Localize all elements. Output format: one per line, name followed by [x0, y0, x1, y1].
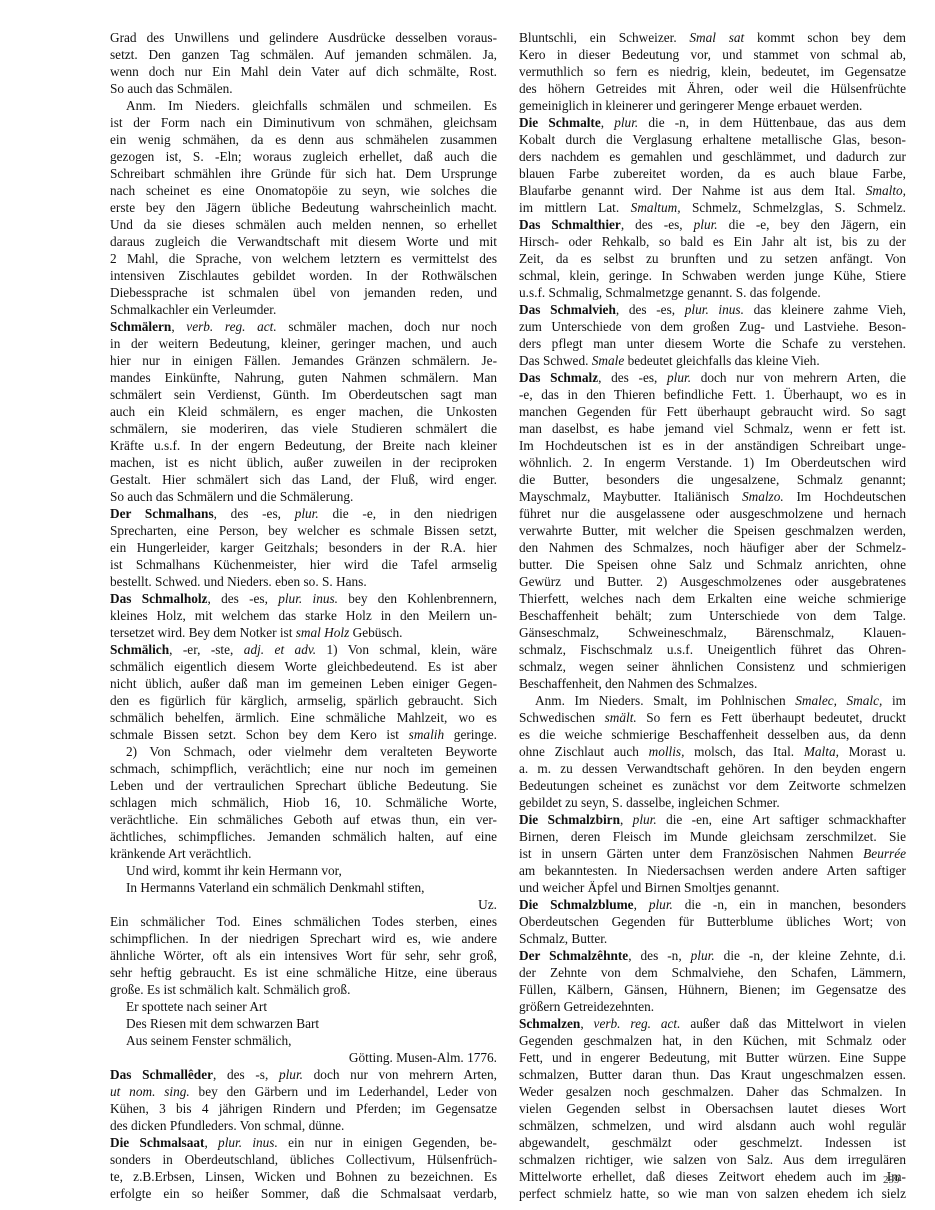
text-span: führet nur die ausgelassene oder ausgesc… — [519, 506, 906, 521]
text-line: Mittelworte erhellet, daß dieses Zeitwor… — [519, 1168, 906, 1185]
text-span: Bedeutungen scheinet es zunächst vor dem… — [519, 778, 906, 793]
entry-headword-line: Das Schmalz, des -es, plur. doch nur von… — [519, 369, 906, 386]
text-line: Schreibart schmählen ihre Gründe für sic… — [110, 165, 497, 182]
italic-term: Beurrée — [863, 846, 906, 861]
text-span: schmälich behelfen, ärmlich. Eine schmäl… — [110, 710, 497, 725]
text-line: te, z.B.Erbsen, Linsen, Wicken und Bohne… — [110, 1168, 497, 1185]
text-line: den Nahmen des Schmalzes, noch häufiger … — [519, 539, 906, 556]
text-span: im — [882, 693, 906, 708]
entry-headword-line: Die Schmalsaat, plur. inus. ein nur in e… — [110, 1134, 497, 1151]
text-line: Hirsch- oder Rehkalb, so bald es Ein Jah… — [519, 233, 906, 250]
text-line: kleines Holz, mit welchem das starke Hol… — [110, 607, 497, 624]
text-span: Gegenden geschmalzen hat, in den Küchen,… — [519, 1033, 906, 1048]
text-span: wenn doch nur Ein Mahl dein Vater auf di… — [110, 64, 497, 79]
text-span: So fern es Fett überhaupt bedeutet, druc… — [637, 710, 906, 725]
text-span: Blaufarbe genannt wird. Der Nahme ist au… — [519, 183, 866, 198]
text-line: Er spottete nach seiner Art — [110, 998, 497, 1015]
text-span: Und da sie dieses schmälen auch melden n… — [110, 217, 497, 232]
entry-headword: Die Schmalsaat — [110, 1135, 204, 1150]
text-line: wöhnlich. 2. In engerm Verstande. 1) Im … — [519, 454, 906, 471]
text-span: , — [634, 897, 649, 912]
text-span: der Zehnte von dem Schmalviehe, den Scha… — [519, 965, 906, 980]
text-span: Beschaffenheit, den Nahmen des Schmalzes… — [519, 676, 757, 691]
entry-headword: Schmälich — [110, 642, 169, 657]
entry-headword: Das Schmallêder — [110, 1067, 213, 1082]
text-line: ders nachdem es gemahlen und geschlämmet… — [519, 148, 906, 165]
text-span: schmälert sein Verdienst, Günth. Im Ober… — [110, 387, 497, 402]
text-span: So auch das Schmälern und die Schmälerun… — [110, 489, 353, 504]
entry-headword: Das Schmalz — [519, 370, 598, 385]
text-line: Anm. Im Nieders. gleichfalls schmälen un… — [110, 97, 497, 114]
text-span: die -e, in den niedrigen — [319, 506, 497, 521]
italic-term: Smalec, Smalc, — [795, 693, 882, 708]
italic-term: plur. inus. — [278, 591, 338, 606]
text-line: Gewürz und Butter. 2) Ausgeschmolzenes o… — [519, 573, 906, 590]
text-line: schmach, schimpflich, verächtlich; eine … — [110, 760, 497, 777]
text-span: daraus zugleich die Verwandtschaft mit d… — [110, 234, 497, 249]
text-span: kommt schon bey dem — [744, 30, 906, 45]
italic-term: verb. reg. act. — [186, 319, 276, 334]
entry-headword: Das Schmalvieh — [519, 302, 616, 317]
text-line: verächtliche. Ein schmäliches Geboth auf… — [110, 811, 497, 828]
text-line: schimpflichen. In der niedrigen Sprechar… — [110, 930, 497, 947]
entry-headword: Das Schmalholz — [110, 591, 207, 606]
text-line: Kobalt durch die Verglasung erhaltene me… — [519, 131, 906, 148]
text-span: erste bey den Jägern übliche Bedeutung w… — [110, 200, 497, 215]
text-line: Schwedischen smält. So fern es Fett über… — [519, 709, 906, 726]
text-span: In Hermanns Vaterland ein schmälich Denk… — [126, 880, 424, 895]
italic-term: smalih — [409, 727, 444, 742]
text-line: manchen Gegenden für Fett überhaupt gebr… — [519, 403, 906, 420]
text-line: Das Schwed. Smale bedeutet gleichfalls d… — [519, 352, 906, 369]
text-line: den es figürlich für kärglich, armselig,… — [110, 692, 497, 709]
right-column: Bluntschli, ein Schweizer. Smal sat komm… — [519, 29, 906, 1202]
text-span: , — [204, 1135, 218, 1150]
text-line: tersetzet wird. Bey dem Notker ist smal … — [110, 624, 497, 641]
text-span: , des -es, — [616, 302, 685, 317]
text-span: 1) Von schmal, klein, wäre — [316, 642, 497, 657]
text-line: daraus zugleich die Verwandtschaft mit d… — [110, 233, 497, 250]
text-line: Kero in dieser Bedeutung vor, und stamme… — [519, 46, 906, 63]
text-line: bestellt. Schwed. und Nieders. eben so. … — [110, 573, 497, 590]
text-span: Sprecharten, eine Person, bey welcher es… — [110, 523, 497, 538]
text-line: Beschaffenheit, den Nahmen des Schmalzes… — [519, 675, 906, 692]
text-line: In Hermanns Vaterland ein schmälich Denk… — [110, 879, 497, 896]
italic-term: mollis, — [649, 744, 685, 759]
text-line: Schmalz, Butter. — [519, 930, 906, 947]
text-span: bestellt. Schwed. und Nieders. eben so. … — [110, 574, 367, 589]
text-span: und weicher Äpfel und Birnen Smoltjes ge… — [519, 880, 779, 895]
text-span: Morast u. — [839, 744, 906, 759]
text-line: Sprecharten, eine Person, bey welcher es… — [110, 522, 497, 539]
text-span: , des -s, — [213, 1067, 279, 1082]
text-span: , des -es, — [214, 506, 295, 521]
text-span: doch nur von mehrern Arten, — [303, 1067, 497, 1082]
text-line: ein wenig schmähen, da es denn aus schmä… — [110, 131, 497, 148]
text-line: Grad des Unwillens und gelindere Ausdrüc… — [110, 29, 497, 46]
text-span: ders pflegt man unter diesem Worte die S… — [519, 336, 906, 351]
text-line: zum Unterschiede von dem großen Zug- und… — [519, 318, 906, 335]
text-span: mandes Einkünfte, Nahrung, guten Nahmen … — [110, 370, 497, 385]
text-span: Schmalz, Butter. — [519, 931, 607, 946]
text-span: Schmelz, Schmelzglas, S. Schmelz. — [681, 200, 906, 215]
text-line: schmal, klein, geringe. In Schwaben werd… — [519, 267, 906, 284]
text-span: u.s.f. Schmalig, Schmalmetzge genannt. S… — [519, 285, 821, 300]
italic-term: Smalto, — [866, 183, 906, 198]
text-line: Kräfte u.s.f. In der engern Bedeutung, d… — [110, 437, 497, 454]
text-span: tersetzet wird. Bey dem Notker ist — [110, 625, 296, 640]
text-span: Kero in dieser Bedeutung vor, und stamme… — [519, 47, 906, 62]
text-line: ders pflegt man unter diesem Worte die S… — [519, 335, 906, 352]
italic-term: plur. inus. — [218, 1135, 278, 1150]
text-line: Birnen, deren Fleisch im Munde gleichsam… — [519, 828, 906, 845]
text-span: Kühen, 3 bis 4 jährigen Rindern und Pfer… — [110, 1101, 497, 1116]
text-line: a. m. zu dessen Verwandtschaft gehören. … — [519, 760, 906, 777]
text-line: der Zehnte von dem Schmalviehe, den Scha… — [519, 964, 906, 981]
text-span: Gestalt. Hier schmälert sich das Land, d… — [110, 472, 497, 487]
text-span: größern Getreidezehnten. — [519, 999, 654, 1014]
text-span: Grad des Unwillens und gelindere Ausdrüc… — [110, 30, 497, 45]
text-span: bey den Kohlenbrennern, — [338, 591, 497, 606]
entry-headword: Die Schmalzbirn — [519, 812, 620, 827]
text-line: schmälern, sie moderiren, das viele Stud… — [110, 420, 497, 437]
text-span: die -n, der kleine Zehnte, d.i. — [715, 948, 906, 963]
text-span: ächtliches, schimpfliches. Jemanden schm… — [110, 829, 497, 844]
text-span: Anm. Im Nieders. gleichfalls schmälen un… — [126, 98, 497, 113]
text-line: Und da sie dieses schmälen auch melden n… — [110, 216, 497, 233]
text-span: Diebessprache ist schmalen übel von jema… — [110, 285, 497, 300]
text-line: Diebessprache ist schmalen übel von jema… — [110, 284, 497, 301]
text-span: nicht üblich, außer daß man im gemeinen … — [110, 676, 497, 691]
text-line: ut nom. sing. bey den Gärbern und im Led… — [110, 1083, 497, 1100]
text-line: schmale Bissen setzt. Schon bey dem Kero… — [110, 726, 497, 743]
text-span: gezogen ist, S. -Eln; woraus zugleich er… — [110, 149, 497, 164]
text-span: -e, das in den Thieren befindliche Fett.… — [519, 387, 906, 402]
text-line: Anm. Im Nieders. Smalt, im Pohlnischen S… — [519, 692, 906, 709]
text-span: Schmalkachler ein Verleumder. — [110, 302, 276, 317]
text-line: abgewandelt, geschmälzt oder geschmelzt.… — [519, 1134, 906, 1151]
text-line: ist in unsern Gärten unter dem Französis… — [519, 845, 906, 862]
text-span: a. m. zu dessen Verwandtschaft gehören. … — [519, 761, 906, 776]
italic-term: plur. — [691, 948, 715, 963]
text-span: sehr heftig gebraucht. Es ist eine schmä… — [110, 965, 497, 980]
text-span: es die weiche schmierige Beschaffenheit … — [519, 727, 906, 742]
text-line: es die weiche schmierige Beschaffenheit … — [519, 726, 906, 743]
text-line: gemeiniglich in kleinerer und geringerer… — [519, 97, 906, 114]
text-line: ein Hungerleider, karger Geitzhals; beso… — [110, 539, 497, 556]
text-span: 2 Mahl, die Sprache, von welchem letzter… — [110, 251, 497, 266]
entry-headword-line: Schmälich, -er, -ste, adj. et adv. 1) Vo… — [110, 641, 497, 658]
text-line: kränkende Art verächtlich. — [110, 845, 497, 862]
entry-headword-line: Der Schmalhans, des -es, plur. die -e, i… — [110, 505, 497, 522]
text-line: im mittlern Lat. Smaltum, Schmelz, Schme… — [519, 199, 906, 216]
text-line: schmalz, wegen seiner ähnlichen Consiste… — [519, 658, 906, 675]
italic-term: plur. — [694, 217, 718, 232]
text-line: größern Getreidezehnten. — [519, 998, 906, 1015]
text-line: führet nur die ausgelassene oder ausgesc… — [519, 505, 906, 522]
entry-headword: Der Schmalhans — [110, 506, 214, 521]
text-line: schlagen mich schmälich, Hiob 16, 10. Sc… — [110, 794, 497, 811]
entry-headword: Die Schmalzblume — [519, 897, 634, 912]
text-span: die -n, in dem Hüttenbaue, das aus dem — [638, 115, 906, 130]
text-span: Thierfett, welches nach dem Erkalten ein… — [519, 591, 906, 606]
text-span: doch nur von mehrern Arten, die — [691, 370, 906, 385]
text-span: Aus seinem Fenster schmälich, — [126, 1033, 291, 1048]
text-line: hier nur in einigen Fällen. Jemandes Grä… — [110, 352, 497, 369]
text-span: Kräfte u.s.f. In der engern Bedeutung, d… — [110, 438, 497, 453]
text-span: Des Riesen mit dem schwarzen Bart — [126, 1016, 319, 1031]
text-span: im mittlern Lat. — [519, 200, 631, 215]
italic-term: Smaltum, — [631, 200, 681, 215]
text-span: des höhern Getreides mit Ähren, oder wei… — [519, 81, 906, 96]
entry-headword: Schmalzen — [519, 1016, 580, 1031]
text-span: man daselbst, es habe jemand viel Schmal… — [519, 421, 906, 436]
text-line: setzt. Den ganzen Tag schmälen. Auf jema… — [110, 46, 497, 63]
italic-term: Malta, — [804, 744, 839, 759]
text-span: kränkende Art verächtlich. — [110, 846, 251, 861]
text-line: nach scheinet es eine Onomatopöie zu sey… — [110, 182, 497, 199]
italic-term: adj. et adv. — [244, 642, 316, 657]
text-span: , des -es, — [598, 370, 667, 385]
text-span: Schwedischen — [519, 710, 605, 725]
text-span: ähnliche Wörter, oft als ein intensives … — [110, 948, 497, 963]
entry-headword-line: Das Schmalholz, des -es, plur. inus. bey… — [110, 590, 497, 607]
text-line: Bluntschli, ein Schweizer. Smal sat komm… — [519, 29, 906, 46]
text-span: schmälzen, schmelzen, und wird alsdann a… — [519, 1118, 906, 1133]
text-span: nach scheinet es eine Onomatopöie zu sey… — [110, 183, 497, 198]
italic-term: plur. — [633, 812, 657, 827]
text-span: die Butter, besonders die ungesalzene, S… — [519, 472, 906, 487]
entry-headword-line: Schmälern, verb. reg. act. schmäler mach… — [110, 318, 497, 335]
text-line: gezogen ist, S. -Eln; woraus zugleich er… — [110, 148, 497, 165]
text-line: nicht üblich, außer daß man im gemeinen … — [110, 675, 497, 692]
text-span: das kleinere zahme Vieh, — [744, 302, 906, 317]
left-column: Grad des Unwillens und gelindere Ausdrüc… — [110, 29, 497, 1202]
text-line: schmalzen, Butter daran thun. Das Kraut … — [519, 1066, 906, 1083]
entry-headword-line: Der Schmalzêhnte, des -n, plur. die -n, … — [519, 947, 906, 964]
text-line: So auch das Schmälen. — [110, 80, 497, 97]
text-span: Anm. Im Nieders. Smalt, im Pohlnischen — [535, 693, 795, 708]
text-span: , — [620, 812, 633, 827]
text-span: Beschaffenheit behält; zum Unterschiede … — [519, 608, 906, 623]
text-span: schlagen mich schmälich, Hiob 16, 10. Sc… — [110, 795, 497, 810]
text-span: schmalz, Fischschmalz u.s.f. Uneigentlic… — [519, 642, 906, 657]
text-span: manchen Gegenden für Fett überhaupt gebr… — [519, 404, 906, 419]
text-line: Oberdeutschen Gegenden für Butterblume ü… — [519, 913, 906, 930]
text-line: gebildet zu seyn, S. dasselbe, ingleiche… — [519, 794, 906, 811]
text-line: u.s.f. Schmalig, Schmalmetzge genannt. S… — [519, 284, 906, 301]
text-span: vermuthlich so fern es niedrig, klein, b… — [519, 64, 906, 79]
text-span: blauen Farbe zubereitet worden, da es au… — [519, 166, 906, 181]
text-line: perfect schmielz hatte, so wie man von s… — [519, 1185, 906, 1202]
text-line: auch ein Kleid schmälern, es enger mache… — [110, 403, 497, 420]
text-line: sehr heftig gebraucht. Es ist eine schmä… — [110, 964, 497, 981]
text-span: schmäler machen, doch nur noch — [277, 319, 497, 334]
text-span: Und wird, kommt ihr kein Hermann vor, — [126, 863, 342, 878]
text-line: Gegenden geschmalzen hat, in den Küchen,… — [519, 1032, 906, 1049]
text-span: die -en, eine Art saftiger schmackhafter — [657, 812, 906, 827]
text-span: Schreibart schmählen ihre Gründe für sic… — [110, 166, 497, 181]
text-line: Kühen, 3 bis 4 jährigen Rindern und Pfer… — [110, 1100, 497, 1117]
text-span: wöhnlich. 2. In engerm Verstande. 1) Im … — [519, 455, 906, 470]
text-span: Hirsch- oder Rehkalb, so bald es Ein Jah… — [519, 234, 906, 249]
text-span: intensiven Zischlautes gebildet worden. … — [110, 268, 497, 283]
text-line: Blaufarbe genannt wird. Der Nahme ist au… — [519, 182, 906, 199]
text-span: ist in unsern Gärten unter dem Französis… — [519, 846, 863, 861]
text-line: Gänseschmalz, Schweineschmalz, Bärenschm… — [519, 624, 906, 641]
entry-headword-line: Das Schmalthier, des -es, plur. die -e, … — [519, 216, 906, 233]
text-span: am bekanntesten. In Niedersachsen werden… — [519, 863, 906, 878]
text-span: schmach, schimpflich, verächtlich; eine … — [110, 761, 497, 776]
text-line: Schmalkachler ein Verleumder. — [110, 301, 497, 318]
italic-term: smal Holz — [296, 625, 350, 640]
text-line: ohne Zischlaut auch mollis, molsch, das … — [519, 743, 906, 760]
text-span: verächtliche. Ein schmäliches Geboth auf… — [110, 812, 497, 827]
text-span: den es figürlich für kärglich, armselig,… — [110, 693, 497, 708]
text-span: schmal, klein, geringe. In Schwaben werd… — [519, 268, 906, 283]
italic-term: plur. — [667, 370, 691, 385]
text-line: wenn doch nur Ein Mahl dein Vater auf di… — [110, 63, 497, 80]
entry-headword: Der Schmalzêhnte — [519, 948, 628, 963]
text-span: auch ein Kleid schmälern, es enger mache… — [110, 404, 497, 419]
entry-headword-line: Schmalzen, verb. reg. act. außer daß das… — [519, 1015, 906, 1032]
text-line: erste bey den Jägern übliche Bedeutung w… — [110, 199, 497, 216]
text-line: man daselbst, es habe jemand viel Schmal… — [519, 420, 906, 437]
text-span: Fett, und in engerer Bedeutung, mit Butt… — [519, 1050, 906, 1065]
entry-headword-line: Das Schmallêder, des -s, plur. doch nur … — [110, 1066, 497, 1083]
text-line: schmälich behelfen, ärmlich. Eine schmäl… — [110, 709, 497, 726]
text-line: machen, ist es nicht üblich, außer zuwei… — [110, 454, 497, 471]
text-span: den Nahmen des Schmalzes, noch häufiger … — [519, 540, 906, 555]
text-span: kleines Holz, mit welchem das starke Hol… — [110, 608, 497, 623]
text-span: verwahrte Butter, mit welcher die Speise… — [519, 523, 906, 538]
italic-term: plur. inus. — [685, 302, 744, 317]
text-span: schmale Bissen setzt. Schon bey dem Kero… — [110, 727, 409, 742]
text-line: Gestalt. Hier schmälert sich das Land, d… — [110, 471, 497, 488]
text-span: des dicken Pfundleders. Von schmal, dünn… — [110, 1118, 344, 1133]
text-span: die -n, ein in manchen, besonders — [673, 897, 906, 912]
page-number: 299 — [883, 1174, 900, 1186]
text-span: ohne Zischlaut auch — [519, 744, 649, 759]
text-span: vielen Gegenden selbst in Obersachsen la… — [519, 1101, 906, 1116]
text-span: Mittelworte erhellet, daß dieses Zeitwor… — [519, 1169, 906, 1184]
entry-headword: Schmälern — [110, 319, 171, 334]
text-line: 2 Mahl, die Sprache, von welchem letzter… — [110, 250, 497, 267]
text-line: in der weitern Bedeutung, kleiner, gerin… — [110, 335, 497, 352]
entry-headword-line: Die Schmalzbirn, plur. die -en, eine Art… — [519, 811, 906, 828]
text-span: abgewandelt, geschmälzt oder geschmelzt.… — [519, 1135, 906, 1150]
text-span: gemeiniglich in kleinerer und geringerer… — [519, 98, 862, 113]
entry-headword-line: Die Schmalzblume, plur. die -n, ein in m… — [519, 896, 906, 913]
text-line: am bekanntesten. In Niedersachsen werden… — [519, 862, 906, 879]
text-span: Leben und der vertraulichen Sprechart üb… — [110, 778, 497, 793]
entry-headword: Die Schmalte — [519, 115, 601, 130]
text-span: , -er, -ste, — [169, 642, 244, 657]
text-span: Mayschmalz, Maybutter. Italiänisch — [519, 489, 742, 504]
text-span: die -e, bey den Jägern, ein — [718, 217, 906, 232]
text-span: So auch das Schmälen. — [110, 81, 233, 96]
text-span: Gebüsch. — [349, 625, 402, 640]
italic-term: plur. — [614, 115, 638, 130]
text-line: schmälzen, schmelzen, und wird alsdann a… — [519, 1117, 906, 1134]
text-span: , des -es, — [207, 591, 278, 606]
text-line: vielen Gegenden selbst in Obersachsen la… — [519, 1100, 906, 1117]
text-line: schmälert sein Verdienst, Günth. Im Ober… — [110, 386, 497, 403]
text-span: , — [171, 319, 186, 334]
text-span: erfolgte ein so heißer Sommer, daß die S… — [110, 1186, 497, 1201]
text-span: schmälern, sie moderiren, das viele Stud… — [110, 421, 497, 436]
text-line: schmälich eigentlich diesem Worte gleich… — [110, 658, 497, 675]
text-line: Thierfett, welches nach dem Erkalten ein… — [519, 590, 906, 607]
text-line: Zeit, da es selbst zu brunften und zu se… — [519, 250, 906, 267]
entry-headword: Das Schmalthier — [519, 217, 621, 232]
text-line: intensiven Zischlautes gebildet worden. … — [110, 267, 497, 284]
text-span: Kobalt durch die Verglasung erhaltene me… — [519, 132, 906, 147]
text-span: Oberdeutschen Gegenden für Butterblume ü… — [519, 914, 906, 929]
text-span: schimpflichen. In der niedrigen Sprechar… — [110, 931, 497, 946]
text-line: Beschaffenheit behält; zum Unterschiede … — [519, 607, 906, 624]
text-span: Götting. Musen-Alm. 1776. — [349, 1050, 497, 1065]
text-line: Ein schmälicher Tod. Eines schmälichen T… — [110, 913, 497, 930]
text-span: Gänseschmalz, Schweineschmalz, Bärenschm… — [519, 625, 906, 640]
text-span: zum Unterschiede von dem großen Zug- und… — [519, 319, 906, 334]
italic-term: plur. — [295, 506, 319, 521]
italic-term: plur. — [649, 897, 673, 912]
text-line: Im Hochdeutschen ist es in der anständig… — [519, 437, 906, 454]
text-line: butter. Die Speisen ohne Salz und Schmal… — [519, 556, 906, 573]
text-line: Götting. Musen-Alm. 1776. — [110, 1049, 497, 1066]
entry-headword-line: Die Schmalte, plur. die -n, in dem Hütte… — [519, 114, 906, 131]
text-span: machen, ist es nicht üblich, außer zuwei… — [110, 455, 497, 470]
text-span: , — [580, 1016, 593, 1031]
italic-term: Smal sat — [689, 30, 744, 45]
text-span: Gewürz und Butter. 2) Ausgeschmolzenes o… — [519, 574, 906, 589]
text-span: in der weitern Bedeutung, kleiner, gerin… — [110, 336, 497, 351]
text-span: große. Es ist schmälich kalt. Schmälich … — [110, 982, 350, 997]
text-span: ist Schmalhans Küchenmeister, hier wird … — [110, 557, 497, 572]
text-line: Leben und der vertraulichen Sprechart üb… — [110, 777, 497, 794]
text-line: die Butter, besonders die ungesalzene, S… — [519, 471, 906, 488]
text-span: perfect schmielz hatte, so wie man von s… — [519, 1186, 906, 1201]
entry-headword-line: Das Schmalvieh, des -es, plur. inus. das… — [519, 301, 906, 318]
text-span: Ein schmälicher Tod. Eines schmälichen T… — [110, 914, 497, 929]
grammar-abbrev: ut nom. sing. — [110, 1084, 190, 1099]
text-line: große. Es ist schmälich kalt. Schmälich … — [110, 981, 497, 998]
text-span: ein Hungerleider, karger Geitzhals; beso… — [110, 540, 497, 555]
text-line: schmalz, Fischschmalz u.s.f. Uneigentlic… — [519, 641, 906, 658]
text-span: Uz. — [478, 897, 497, 912]
text-span: ders nachdem es gemahlen und geschlämmet… — [519, 149, 906, 164]
text-span: geringe. — [444, 727, 497, 742]
text-line: ächtliches, schimpfliches. Jemanden schm… — [110, 828, 497, 845]
text-line: -e, das in den Thieren befindliche Fett.… — [519, 386, 906, 403]
text-span: schmalzen, Butter daran thun. Das Kraut … — [519, 1067, 906, 1082]
text-span: te, z.B.Erbsen, Linsen, Wicken und Bohne… — [110, 1169, 497, 1184]
text-line: Mayschmalz, Maybutter. Italiänisch Smalz… — [519, 488, 906, 505]
text-span: , — [601, 115, 614, 130]
text-span: schmalzen richtiger, wie salzen von Salz… — [519, 1152, 906, 1167]
text-line: 2) Von Schmach, oder vielmehr dem veralt… — [110, 743, 497, 760]
text-line: So auch das Schmälern und die Schmälerun… — [110, 488, 497, 505]
text-span: 2) Von Schmach, oder vielmehr dem veralt… — [126, 744, 497, 759]
italic-term: plur. — [279, 1067, 303, 1082]
text-line: Füllen, Kälbern, Gänsen, Hühnern, Bienen… — [519, 981, 906, 998]
text-span: Bluntschli, ein Schweizer. — [519, 30, 689, 45]
text-span: sonders in Oberdeutschland, übliches Col… — [110, 1152, 497, 1167]
text-span: bedeutet gleichfalls das kleine Vieh. — [624, 353, 819, 368]
text-line: vermuthlich so fern es niedrig, klein, b… — [519, 63, 906, 80]
text-line: des höhern Getreides mit Ähren, oder wei… — [519, 80, 906, 97]
